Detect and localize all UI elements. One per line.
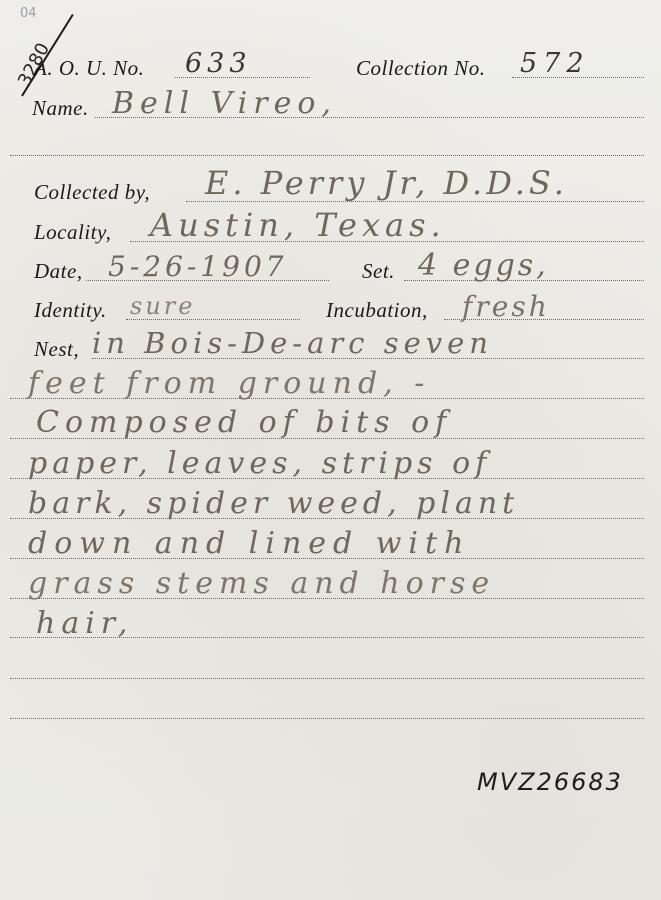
nest-text-line-7: grass stems and horse: [28, 566, 495, 601]
collection-no-label: Collection No.: [356, 56, 486, 81]
nest-label: Nest,: [34, 337, 79, 362]
nest-text-line-6: down and lined with: [28, 526, 470, 561]
collection-no-value: 572: [520, 48, 590, 79]
date-value: 5-26-1907: [108, 250, 288, 283]
name-value: Bell Vireo,: [112, 86, 337, 121]
identity-label: Identity.: [34, 298, 107, 323]
aou-no-label: A. O. U. No.: [34, 56, 144, 81]
collected-by-value: E. Perry Jr, D.D.S.: [205, 164, 568, 202]
locality-value: Austin, Texas.: [150, 206, 446, 244]
date-label: Date,: [34, 259, 83, 284]
nest-text-line-4: paper, leaves, strips of: [28, 446, 491, 481]
nest-text-line-1: in Bois-De-arc seven: [92, 326, 493, 360]
incubation-value: fresh: [462, 290, 550, 323]
collection-card: 04 3280 A. O. U. No. 633 Collection No. …: [0, 0, 661, 900]
aou-no-value: 633: [185, 48, 252, 79]
nest-text-line-2: feet from ground, -: [28, 366, 430, 401]
blank-line-1: [10, 155, 644, 156]
incubation-label: Incubation,: [326, 298, 428, 323]
corner-faint-mark: 04: [20, 6, 37, 21]
collected-by-label: Collected by,: [34, 180, 150, 205]
nest-text-line-5: bark, spider weed, plant: [28, 486, 519, 521]
identity-value: sure: [130, 292, 195, 320]
name-label: Name.: [32, 96, 89, 121]
catalog-number: MVZ26683: [477, 768, 623, 796]
set-label: Set.: [362, 259, 395, 284]
blank-line-2: [10, 678, 644, 679]
nest-text-line-8: hair,: [36, 606, 133, 641]
set-value: 4 eggs,: [418, 248, 549, 283]
blank-line-3: [10, 718, 644, 719]
nest-text-line-3: Composed of bits of: [36, 405, 452, 440]
locality-label: Locality,: [34, 220, 111, 245]
